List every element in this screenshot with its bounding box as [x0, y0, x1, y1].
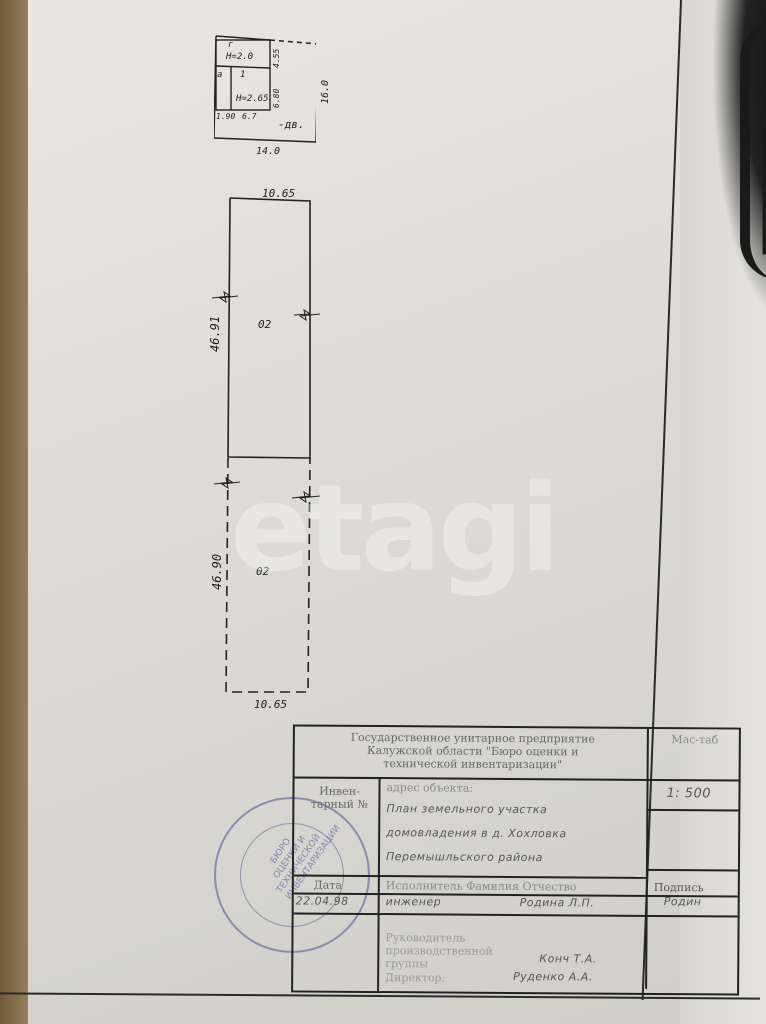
height-label-2: Н=2.65	[236, 94, 269, 104]
house-plan: г Н=2.0 а 1 Н=2.65 4.55 6.80 1.90 6.7 -д…	[214, 34, 316, 144]
executor-label: Исполнитель Фамилия Отчество	[386, 879, 642, 894]
plot-upper-length: 46.91	[208, 316, 222, 352]
scale-header: Мас-таб	[655, 733, 735, 747]
watermark: etagi	[230, 460, 557, 599]
title-block: Государственное унитарное предприятие Ка…	[291, 724, 741, 995]
org-line-3: технической инвентаризации"	[301, 756, 645, 771]
room-label-1: 1	[240, 70, 245, 80]
dim-right-top: 4.55	[272, 49, 281, 68]
director-label: Директор:	[385, 971, 445, 984]
date-value: 22.04.98	[296, 894, 349, 907]
scale-value: 1: 500	[666, 787, 711, 800]
signature-label: Подпись	[654, 881, 704, 894]
executor-value: Родина Л.П.	[520, 896, 595, 910]
room-label-a: а	[217, 70, 222, 80]
dim-right-mid: 6.80	[272, 89, 281, 108]
org-line-1: Государственное унитарное предприятие	[301, 730, 645, 745]
head-group-label: Руководитель производственной группы	[385, 931, 525, 971]
address-line-3: Перемышльского района	[386, 845, 646, 871]
plot-lower-length: 46.90	[210, 554, 224, 590]
director-value: Руденко А.А.	[513, 970, 593, 984]
dim-bottom-mid: 6.7	[242, 112, 256, 121]
ornament-border	[740, 20, 766, 280]
inventory-label: Инвен-тарный №	[306, 785, 372, 811]
plot-bottom-width: 10.65	[254, 698, 287, 711]
address-label: адрес объекта:	[386, 781, 473, 795]
plot-top-width: 10.65	[262, 187, 295, 200]
head-group-value: Конч Т.А.	[539, 952, 597, 965]
height-label-1: Н=2.0	[226, 52, 253, 62]
room-label-g: г	[228, 40, 233, 50]
plot-plan-drawing	[190, 180, 340, 700]
side-right-length: 16.0	[320, 80, 331, 104]
address-line-2: домовладения в д. Хохловка	[386, 821, 646, 847]
role-value: инженер	[386, 895, 442, 908]
side-bottom-length: 14.0	[256, 146, 280, 157]
dim-bottom-left: 1.90	[216, 112, 235, 121]
date-label: Дата	[314, 879, 342, 892]
yard-zone-label: -дв.	[278, 118, 305, 131]
address-line-1: План земельного участка	[386, 797, 646, 823]
signature-value: Родин	[664, 895, 702, 908]
plot-upper-zone: 02	[258, 318, 271, 331]
